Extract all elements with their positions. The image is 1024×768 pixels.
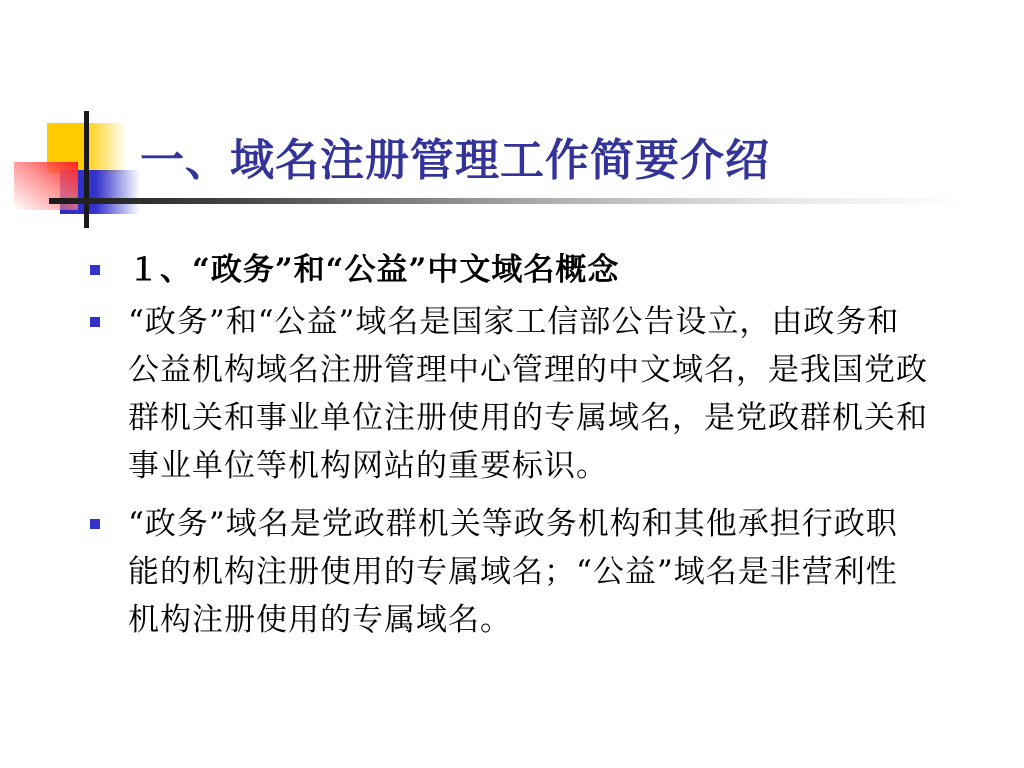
bullet-item: １、“政务”和“公益”中文域名概念 [88, 246, 928, 294]
bullet-item: “政务”和“公益”域名是国家工信部公告设立，由政务和公益机构域名注册管理中心管理… [88, 298, 928, 490]
vertical-line-decoration [84, 111, 89, 228]
slide-body: １、“政务”和“公益”中文域名概念 “政务”和“公益”域名是国家工信部公告设立，… [88, 246, 928, 650]
bullet-item: “政务”域名是党政群机关等政务机构和其他承担行政职能的机构注册使用的专属域名；“… [88, 500, 928, 644]
slide-title: 一、域名注册管理工作简要介绍 [140, 124, 770, 188]
square-bullet-icon [90, 317, 100, 327]
title-underline [49, 198, 969, 204]
bullet-text: “政务”域名是党政群机关等政务机构和其他承担行政职能的机构注册使用的专属域名；“… [128, 506, 898, 638]
square-bullet-icon [90, 519, 100, 529]
square-bullet-icon [90, 265, 100, 275]
title-decoration [0, 0, 1024, 230]
bullet-text: １、“政务”和“公益”中文域名概念 [128, 252, 619, 288]
bullet-text: “政务”和“公益”域名是国家工信部公告设立，由政务和公益机构域名注册管理中心管理… [128, 304, 928, 484]
